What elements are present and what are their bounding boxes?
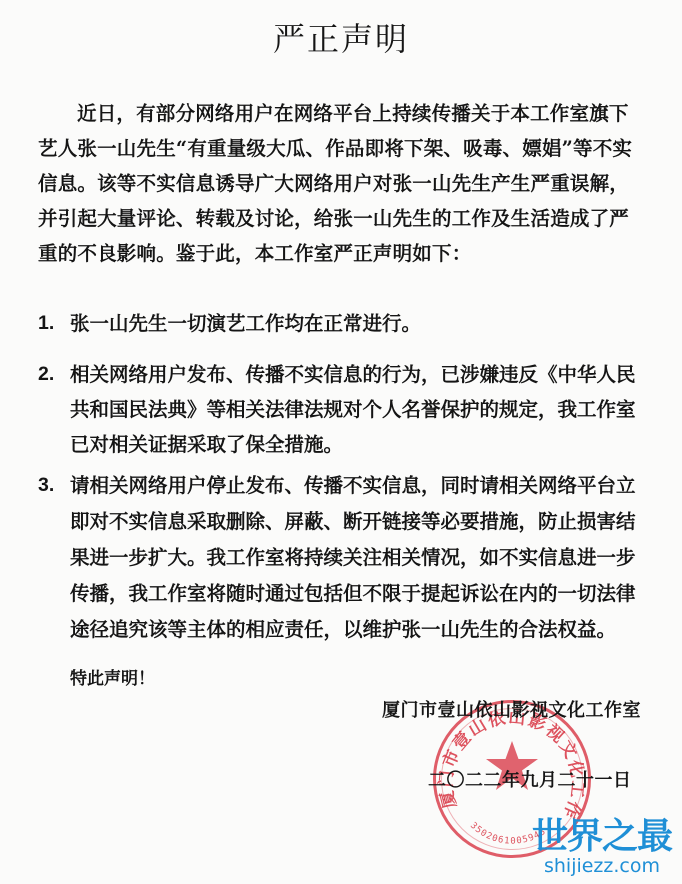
item-text: 相关网络用户发布、传播不实信息的行为，已涉嫌违反《中华人民共和国民法典》等相关法… bbox=[70, 357, 648, 462]
item-number: 3. bbox=[38, 468, 68, 503]
signature-organization: 厦门市壹山依山影视文化工作室 bbox=[382, 696, 641, 722]
document-title: 严正声明 bbox=[0, 14, 682, 60]
watermark-url: shijiezz.com bbox=[532, 856, 672, 876]
statement-page: 严正声明 近日，有部分网络用户在网络平台上持续传播关于本工作室旗下艺人张一山先生… bbox=[0, 0, 682, 884]
item-number: 2. bbox=[38, 357, 68, 392]
site-watermark: 世界之最 shijiezz.com bbox=[532, 818, 672, 876]
statement-item-3: 3. 请相关网络用户停止发布、传播不实信息，同时请相关网络平台立即对不实信息采取… bbox=[38, 468, 648, 648]
statement-item-1: 1. 张一山先生一切演艺工作均在正常进行。 bbox=[38, 306, 648, 341]
item-number: 1. bbox=[38, 306, 68, 341]
signature-date: 二〇二二年九月二十一日 bbox=[428, 766, 632, 792]
intro-paragraph: 近日，有部分网络用户在网络平台上持续传播关于本工作室旗下艺人张一山先生“有重量级… bbox=[38, 96, 648, 271]
watermark-brand: 世界之最 bbox=[532, 818, 672, 856]
statement-item-2: 2. 相关网络用户发布、传播不实信息的行为，已涉嫌违反《中华人民共和国民法典》等… bbox=[38, 357, 648, 462]
item-text: 请相关网络用户停止发布、传播不实信息，同时请相关网络平台立即对不实信息采取删除、… bbox=[70, 468, 648, 648]
closing-line: 特此声明！ bbox=[70, 664, 155, 689]
item-text: 张一山先生一切演艺工作均在正常进行。 bbox=[70, 306, 648, 341]
